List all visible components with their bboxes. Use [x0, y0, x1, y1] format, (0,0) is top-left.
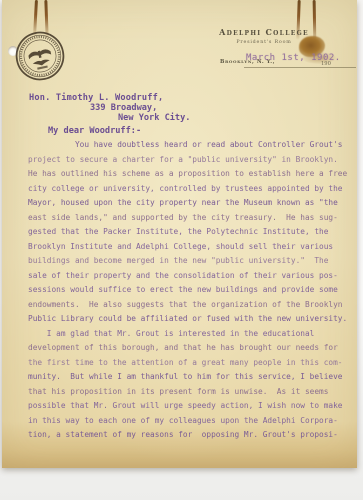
eagle-icon	[32, 59, 50, 68]
letterhead-office-line: President's Room	[212, 40, 316, 45]
letter-line: I am glad that Mr. Grout is interested i…	[28, 327, 354, 342]
letter-line: He has outlined his scheme as a proposit…	[28, 167, 354, 182]
letter-line: sessions would suffice to erect the new …	[28, 283, 354, 298]
letter-paper: Adelphi College President's Room Brookly…	[2, 0, 357, 468]
letter-line: Mayor, housed upon the city property nea…	[28, 196, 354, 211]
letter-line: the first time to the attention of a gre…	[28, 356, 354, 371]
letter-line: Public Library could be affiliated or fu…	[28, 312, 354, 327]
recipient-name-line: Hon. Timothy L. Woodruff,	[29, 93, 163, 103]
letter-line: sale of their property and the consolida…	[28, 269, 354, 284]
letter-line: munity. But while I am thankful to him f…	[28, 370, 354, 385]
typed-date: March 1st, 1902.	[246, 53, 341, 63]
letter-line: that his proposition in its present form…	[28, 385, 354, 400]
letterhead-college-name: Adelphi College	[212, 27, 316, 37]
letter-line: endowments. He also suggests that the or…	[28, 298, 354, 313]
letter-line: in this way to each one of my colleagues…	[28, 414, 354, 429]
letter-line: Brooklyn Institute and Adelphi College, …	[28, 240, 354, 255]
open-book-eagle-seal-stamp	[9, 25, 71, 87]
letter-line: tion, a statement of my reasons for oppo…	[28, 428, 354, 443]
letter-line: development of this borough, and that he…	[28, 341, 354, 356]
letter-line: possible that Mr. Grout will urge speedy…	[28, 399, 354, 414]
letter-line: east side lands," and supported by the c…	[28, 211, 354, 226]
letter-line: project to secure a charter for a "publi…	[28, 153, 354, 168]
letterhead: Adelphi College President's Room	[212, 27, 316, 45]
recipient-city-line: New York City.	[118, 113, 190, 123]
letter-line: You have doubtless heard or read about C…	[28, 138, 354, 153]
letter-line: buildings and become merged in the new "…	[28, 254, 354, 269]
letter-body: You have doubtless heard or read about C…	[28, 138, 354, 443]
letter-line: city college or university, controlled b…	[28, 182, 354, 197]
letter-line: gested that the Packer Institute, the Po…	[28, 225, 354, 240]
salutation: My dear Woodruff:-	[48, 126, 141, 136]
recipient-street-line: 339 Broadway,	[90, 103, 157, 113]
dateline-rule	[244, 67, 356, 68]
